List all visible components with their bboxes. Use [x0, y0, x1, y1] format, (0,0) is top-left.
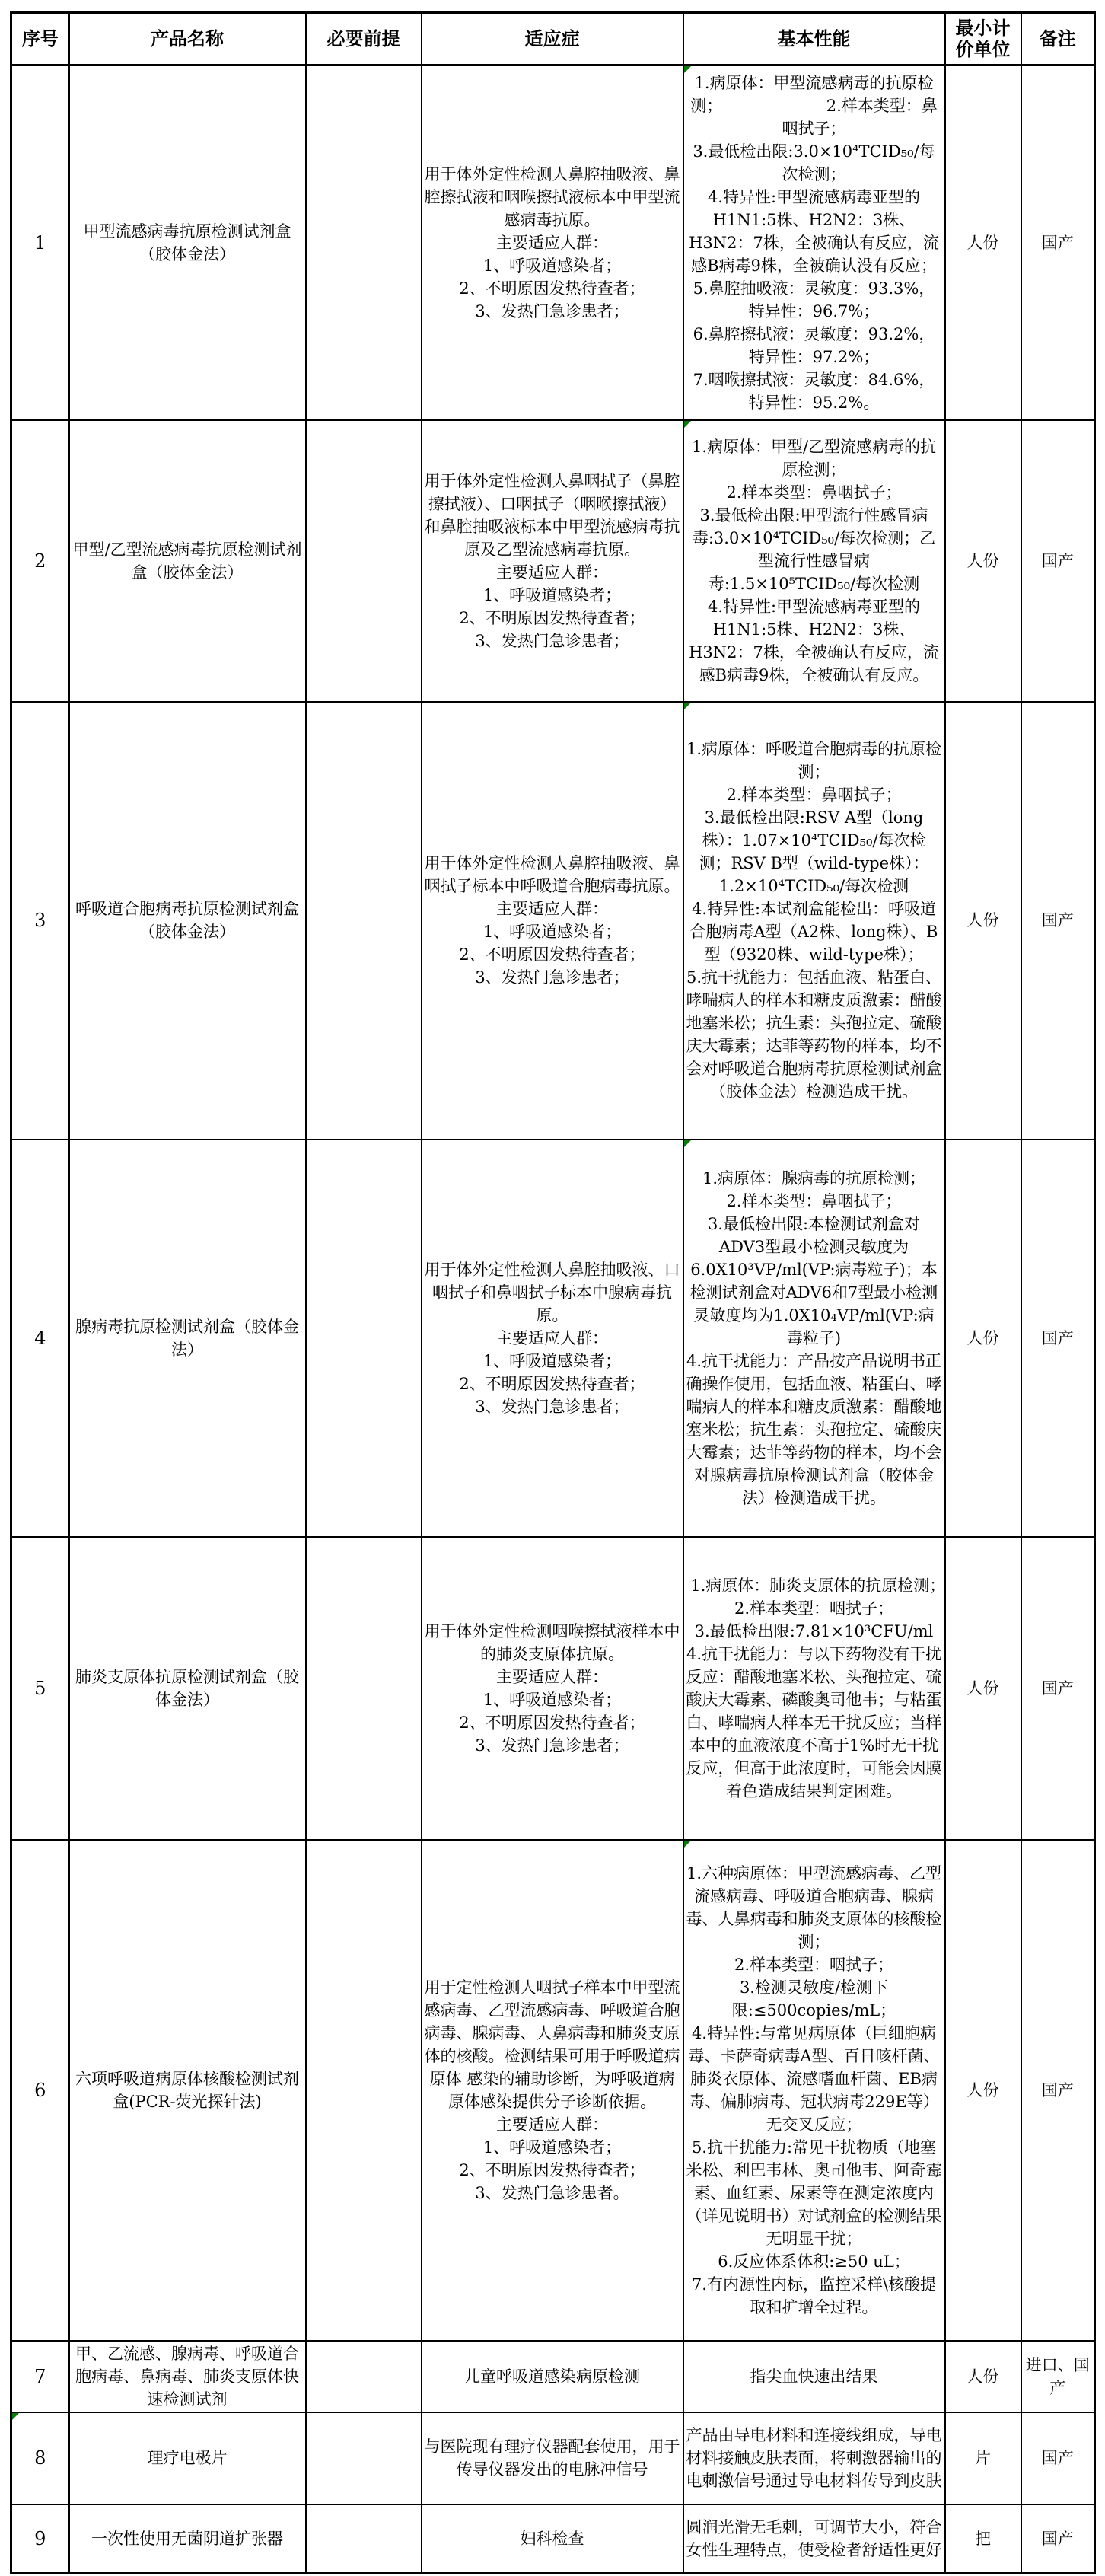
cell-performance: 1.六种病原体：甲型流感病毒、乙型流感病毒、呼吸道合胞病毒、腺病毒、人鼻病毒和肺… [683, 1840, 945, 2341]
cell-text: 甲型流感病毒抗原检测试剂盒（胶体金法） [72, 220, 303, 266]
cell-prerequisite [306, 1140, 422, 1537]
cell-text: 圆润光滑无毛刺，可调节大小，符合女性生理特点，使受检者舒适性更好 [686, 2516, 942, 2562]
cell-text: 国产 [1024, 2079, 1092, 2102]
cell-text: 片 [948, 2447, 1018, 2469]
cell-error-marker-icon [684, 66, 691, 73]
cell-prerequisite [306, 2504, 422, 2574]
cell-text: 甲型/乙型流感病毒抗原检测试剂盒（胶体金法） [72, 538, 303, 584]
cell-text: 与医院现有理疗仪器配套使用，用于传导仪器发出的电脉冲信号 [425, 2435, 680, 2481]
cell-note: 国产 [1021, 2412, 1095, 2504]
cell-error-marker-icon [684, 1140, 691, 1147]
cell-indication: 用于体外定性检测咽喉擦拭液样本中的肺炎支原体抗原。 主要适应人群： 1、呼吸道感… [422, 1537, 683, 1840]
cell-performance: 1.病原体：腺病毒的抗原检测； 2.样本类型：鼻咽拭子； 3.最低检出限:本检测… [683, 1140, 945, 1537]
cell-note: 国产 [1021, 1140, 1095, 1537]
cell-text: 7 [14, 2365, 66, 2388]
table-row: 4腺病毒抗原检测试剂盒（胶体金法）用于体外定性检测人鼻腔抽吸液、口咽拭子和鼻咽拭… [11, 1140, 1095, 1537]
cell-name: 甲型/乙型流感病毒抗原检测试剂盒（胶体金法） [69, 420, 306, 702]
cell-no: 7 [11, 2341, 69, 2412]
cell-text: 指尖血快速出结果 [686, 2365, 942, 2388]
table-row: 9一次性使用无菌阴道扩张器妇科检查圆润光滑无毛刺，可调节大小，符合女性生理特点，… [11, 2504, 1095, 2574]
cell-text: 2 [14, 550, 66, 572]
cell-note: 国产 [1021, 2504, 1095, 2574]
cell-text: 国产 [1024, 1677, 1092, 1700]
cell-text: 人份 [948, 1327, 1018, 1350]
cell-performance: 1.病原体：肺炎支原体的抗原检测； 2.样本类型：咽拭子； 3.最低检出限:7.… [683, 1537, 945, 1840]
cell-prerequisite [306, 2341, 422, 2412]
cell-name: 呼吸道合胞病毒抗原检测试剂盒（胶体金法） [69, 702, 306, 1140]
cell-performance: 圆润光滑无毛刺，可调节大小，符合女性生理特点，使受检者舒适性更好 [683, 2504, 945, 2574]
cell-text: 用于体外定性检测人鼻腔抽吸液、口咽拭子和鼻咽拭子标本中腺病毒抗原。 主要适应人群… [425, 1258, 680, 1418]
cell-error-marker-icon [12, 2413, 19, 2420]
header-cell-name: 产品名称 [69, 13, 306, 65]
cell-indication: 妇科检查 [422, 2504, 683, 2574]
cell-name: 肺炎支原体抗原检测试剂盒（胶体金法） [69, 1537, 306, 1840]
cell-prerequisite [306, 2412, 422, 2504]
cell-indication: 用于体外定性检测人鼻腔抽吸液、口咽拭子和鼻咽拭子标本中腺病毒抗原。 主要适应人群… [422, 1140, 683, 1537]
cell-indication: 用于定性检测人咽拭子样本中甲型流感病毒、乙型流感病毒、呼吸道合胞病毒、腺病毒、人… [422, 1840, 683, 2341]
cell-text: 人份 [948, 1677, 1018, 1700]
cell-unit: 人份 [945, 2341, 1021, 2412]
cell-prerequisite [306, 702, 422, 1140]
cell-text: 9 [14, 2527, 66, 2550]
cell-text: 肺炎支原体抗原检测试剂盒（胶体金法） [72, 1666, 303, 1711]
cell-text: 国产 [1024, 231, 1092, 254]
document-page: 序号 产品名称 必要前提 适应症 基本性能 最小计价单位 备注 1甲型流感病毒抗… [0, 0, 1105, 2576]
cell-indication: 与医院现有理疗仪器配套使用，用于传导仪器发出的电脉冲信号 [422, 2412, 683, 2504]
cell-text: 5 [14, 1677, 66, 1700]
cell-text: 国产 [1024, 909, 1092, 932]
header-row: 序号 产品名称 必要前提 适应症 基本性能 最小计价单位 备注 [11, 13, 1095, 65]
cell-error-marker-icon [684, 421, 691, 428]
cell-name: 甲型流感病毒抗原检测试剂盒（胶体金法） [69, 65, 306, 420]
cell-text: 进口、国产 [1024, 2354, 1092, 2399]
cell-error-marker-icon [684, 1841, 691, 1848]
cell-unit: 人份 [945, 1537, 1021, 1840]
cell-indication: 用于体外定性检测人鼻腔抽吸液、鼻咽拭子标本中呼吸道合胞病毒抗原。 主要适应人群：… [422, 702, 683, 1140]
cell-text: 国产 [1024, 2447, 1092, 2469]
header-cell-note: 备注 [1021, 13, 1095, 65]
cell-no: 4 [11, 1140, 69, 1537]
cell-note: 国产 [1021, 1840, 1095, 2341]
cell-no: 3 [11, 702, 69, 1140]
cell-unit: 片 [945, 2412, 1021, 2504]
cell-prerequisite [306, 1840, 422, 2341]
cell-prerequisite [306, 420, 422, 702]
cell-text: 国产 [1024, 2527, 1092, 2550]
cell-text: 8 [14, 2447, 66, 2469]
cell-text: 1.病原体：肺炎支原体的抗原检测； 2.样本类型：咽拭子； 3.最低检出限:7.… [686, 1574, 942, 1803]
product-spec-table: 序号 产品名称 必要前提 适应症 基本性能 最小计价单位 备注 1甲型流感病毒抗… [10, 11, 1096, 2574]
cell-note: 国产 [1021, 420, 1095, 702]
cell-text: 用于定性检测人咽拭子样本中甲型流感病毒、乙型流感病毒、呼吸道合胞病毒、腺病毒、人… [425, 1976, 680, 2205]
cell-note: 国产 [1021, 65, 1095, 420]
cell-no: 1 [11, 65, 69, 420]
cell-unit: 人份 [945, 1140, 1021, 1537]
cell-text: 六项呼吸道病原体核酸检测试剂盒(PCR-荧光探针法) [72, 2067, 303, 2113]
cell-text: 国产 [1024, 550, 1092, 572]
header-cell-unit: 最小计价单位 [945, 13, 1021, 65]
cell-text: 人份 [948, 909, 1018, 932]
cell-performance: 1.病原体：呼吸道合胞病毒的抗原检测； 2.样本类型：鼻咽拭子； 3.最低检出限… [683, 702, 945, 1140]
cell-name: 甲、乙流感、腺病毒、呼吸道合胞病毒、鼻病毒、肺炎支原体快速检测试剂 [69, 2341, 306, 2412]
cell-text: 6 [14, 2079, 66, 2102]
cell-text: 妇科检查 [425, 2527, 680, 2550]
cell-performance: 指尖血快速出结果 [683, 2341, 945, 2412]
cell-text: 1.病原体：腺病毒的抗原检测； 2.样本类型：鼻咽拭子； 3.最低检出限:本检测… [686, 1167, 942, 1510]
cell-text: 1 [14, 231, 66, 254]
cell-text: 理疗电极片 [72, 2447, 303, 2469]
cell-text: 产品由导电材料和连接线组成，导电材料接触皮肤表面，将刺激器输出的电刺激信号通过导… [686, 2424, 942, 2492]
cell-text: 用于体外定性检测人鼻咽拭子（鼻腔擦拭液）、口咽拭子（咽喉擦拭液）和鼻腔抽吸液标本… [425, 470, 680, 652]
cell-text: 儿童呼吸道感染病原检测 [425, 2365, 680, 2388]
cell-text: 呼吸道合胞病毒抗原检测试剂盒（胶体金法） [72, 897, 303, 943]
cell-name: 一次性使用无菌阴道扩张器 [69, 2504, 306, 2574]
cell-unit: 人份 [945, 1840, 1021, 2341]
table-body: 1甲型流感病毒抗原检测试剂盒（胶体金法）用于体外定性检测人鼻腔抽吸液、鼻腔擦拭液… [11, 65, 1095, 2574]
cell-no: 9 [11, 2504, 69, 2574]
cell-name: 六项呼吸道病原体核酸检测试剂盒(PCR-荧光探针法) [69, 1840, 306, 2341]
header-cell-indication: 适应症 [422, 13, 683, 65]
cell-no: 6 [11, 1840, 69, 2341]
cell-unit: 把 [945, 2504, 1021, 2574]
cell-text: 人份 [948, 2365, 1018, 2388]
cell-performance: 产品由导电材料和连接线组成，导电材料接触皮肤表面，将刺激器输出的电刺激信号通过导… [683, 2412, 945, 2504]
cell-indication: 用于体外定性检测人鼻咽拭子（鼻腔擦拭液）、口咽拭子（咽喉擦拭液）和鼻腔抽吸液标本… [422, 420, 683, 702]
header-cell-no: 序号 [11, 13, 69, 65]
cell-note: 国产 [1021, 702, 1095, 1140]
table-row: 7甲、乙流感、腺病毒、呼吸道合胞病毒、鼻病毒、肺炎支原体快速检测试剂儿童呼吸道感… [11, 2341, 1095, 2412]
cell-no: 8 [11, 2412, 69, 2504]
cell-error-marker-icon [684, 703, 691, 709]
cell-text: 3 [14, 909, 66, 932]
cell-text: 用于体外定性检测人鼻腔抽吸液、鼻咽拭子标本中呼吸道合胞病毒抗原。 主要适应人群：… [425, 852, 680, 989]
header-cell-prerequisite: 必要前提 [306, 13, 422, 65]
cell-note: 进口、国产 [1021, 2341, 1095, 2412]
cell-indication: 用于体外定性检测人鼻腔抽吸液、鼻腔擦拭液和咽喉擦拭液标本中甲型流感病毒抗原。 主… [422, 65, 683, 420]
cell-no: 5 [11, 1537, 69, 1840]
cell-no: 2 [11, 420, 69, 702]
cell-performance: 1.病原体：甲型流感病毒的抗原检测； 2.样本类型：鼻咽拭子； 3.最低检出限:… [683, 65, 945, 420]
cell-text: 1.病原体：呼吸道合胞病毒的抗原检测； 2.样本类型：鼻咽拭子； 3.最低检出限… [686, 738, 942, 1103]
cell-text: 1.病原体：甲型流感病毒的抗原检测； 2.样本类型：鼻咽拭子； 3.最低检出限:… [686, 72, 942, 414]
cell-name: 理疗电极片 [69, 2412, 306, 2504]
table-row: 5肺炎支原体抗原检测试剂盒（胶体金法）用于体外定性检测咽喉擦拭液样本中的肺炎支原… [11, 1537, 1095, 1840]
cell-unit: 人份 [945, 702, 1021, 1140]
cell-text: 1.六种病原体：甲型流感病毒、乙型流感病毒、呼吸道合胞病毒、腺病毒、人鼻病毒和肺… [686, 1862, 942, 2319]
header-cell-performance: 基本性能 [683, 13, 945, 65]
cell-prerequisite [306, 65, 422, 420]
cell-note: 国产 [1021, 1537, 1095, 1840]
cell-text: 用于体外定性检测人鼻腔抽吸液、鼻腔擦拭液和咽喉擦拭液标本中甲型流感病毒抗原。 主… [425, 163, 680, 323]
cell-text: 用于体外定性检测咽喉擦拭液样本中的肺炎支原体抗原。 主要适应人群： 1、呼吸道感… [425, 1620, 680, 1757]
cell-unit: 人份 [945, 420, 1021, 702]
table-row: 1甲型流感病毒抗原检测试剂盒（胶体金法）用于体外定性检测人鼻腔抽吸液、鼻腔擦拭液… [11, 65, 1095, 420]
cell-text: 一次性使用无菌阴道扩张器 [72, 2527, 303, 2550]
table-row: 2甲型/乙型流感病毒抗原检测试剂盒（胶体金法）用于体外定性检测人鼻咽拭子（鼻腔擦… [11, 420, 1095, 702]
cell-text: 人份 [948, 550, 1018, 572]
cell-text: 人份 [948, 231, 1018, 254]
table-row: 8理疗电极片与医院现有理疗仪器配套使用，用于传导仪器发出的电脉冲信号产品由导电材… [11, 2412, 1095, 2504]
cell-text: 国产 [1024, 1327, 1092, 1350]
cell-text: 甲、乙流感、腺病毒、呼吸道合胞病毒、鼻病毒、肺炎支原体快速检测试剂 [72, 2342, 303, 2411]
cell-text: 1.病原体：甲型/乙型流感病毒的抗原检测； 2.样本类型：鼻咽拭子； 3.最低检… [686, 435, 942, 687]
cell-unit: 人份 [945, 65, 1021, 420]
cell-name: 腺病毒抗原检测试剂盒（胶体金法） [69, 1140, 306, 1537]
table-row: 6六项呼吸道病原体核酸检测试剂盒(PCR-荧光探针法)用于定性检测人咽拭子样本中… [11, 1840, 1095, 2341]
cell-prerequisite [306, 1537, 422, 1840]
cell-indication: 儿童呼吸道感染病原检测 [422, 2341, 683, 2412]
cell-text: 把 [948, 2527, 1018, 2550]
cell-text: 腺病毒抗原检测试剂盒（胶体金法） [72, 1315, 303, 1361]
cell-text: 4 [14, 1327, 66, 1350]
cell-text: 人份 [948, 2079, 1018, 2102]
cell-performance: 1.病原体：甲型/乙型流感病毒的抗原检测； 2.样本类型：鼻咽拭子； 3.最低检… [683, 420, 945, 702]
table-row: 3呼吸道合胞病毒抗原检测试剂盒（胶体金法）用于体外定性检测人鼻腔抽吸液、鼻咽拭子… [11, 702, 1095, 1140]
